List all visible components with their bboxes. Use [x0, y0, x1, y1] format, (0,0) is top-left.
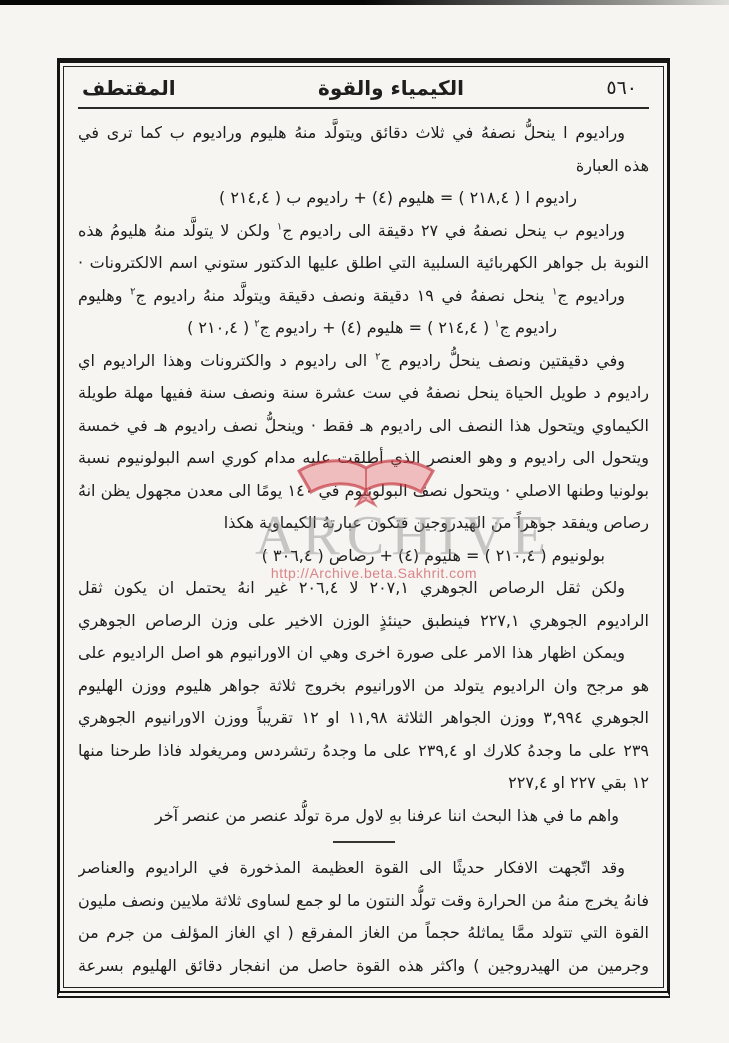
article-body: وراديوم ا ينحلُّ نصفهُ في ثلاث دقائق ويت…	[78, 109, 649, 982]
text-line: ١٢ بقي ٢٢٧ او ٢٢٧,٤	[78, 767, 649, 800]
text-line: بولونيا وطنها الاصلي · ويتحول نصف البولو…	[78, 475, 649, 508]
text-line: ولكن ثقل الرصاص الجوهري ٢٠٧,١ لا ٢٠٦,٤ غ…	[78, 572, 649, 605]
text-line: فانهُ يخرج منهُ من الحرارة وقت تولُّد ال…	[78, 885, 649, 918]
text-line: وراديوم ا ينحلُّ نصفهُ في ثلاث دقائق ويت…	[78, 117, 649, 150]
page-border-frame: ٥٦٠ الكيمياء والقوة المقتطف وراديوم ا ين…	[57, 58, 670, 998]
scan-edge-artifact	[0, 0, 729, 5]
scanned-page: ٥٦٠ الكيمياء والقوة المقتطف وراديوم ا ين…	[0, 0, 729, 1043]
text-line: النوبة بل جواهر الكهربائية السلبية التي …	[78, 247, 649, 280]
formula-line: بولونيوم ( ٢١٠,٤ ) = هليوم (٤) + رصاص ( …	[78, 540, 649, 573]
text-line: رصاص ويفقد جوهراً من الهيدروجين فتكون عب…	[78, 507, 649, 540]
text-line: وفي دقيقتين ونصف ينحلُّ راديوم ج٢ الى را…	[78, 345, 649, 378]
text-line: راديوم د طويل الحياة ينحل نصفهُ في ست عش…	[78, 377, 649, 410]
section-divider	[78, 832, 649, 852]
journal-name: المقتطف	[82, 76, 176, 100]
article-title: الكيمياء والقوة	[176, 76, 607, 100]
formula-line: راديوم ا ( ٢١٨,٤ ) = هليوم (٤) + راديوم …	[78, 182, 649, 215]
text-line: وراديوم ب ينحل نصفهُ في ٢٧ دقيقة الى راد…	[78, 215, 649, 248]
text-line: ٢٣٩ على ما وجدهُ كلارك او ٢٣٩,٤ على ما و…	[78, 735, 649, 768]
text-line: ويمكن اظهار هذا الامر على صورة اخرى وهي …	[78, 637, 649, 670]
text-line: الكيماوي ويتحول هذا النصف الى راديوم هـ …	[78, 410, 649, 443]
text-line: هو مرجح وان الراديوم يتولد من الاورانيوم…	[78, 670, 649, 703]
text-line: وقد اتّجهت الافكار حديثًا الى القوة العظ…	[78, 852, 649, 885]
page-number: ٥٦٠	[606, 77, 637, 99]
text-line: وراديوم ج١ ينحل نصفهُ في ١٩ دقيقة ونصف د…	[78, 280, 649, 313]
page-header: ٥٦٠ الكيمياء والقوة المقتطف	[78, 67, 649, 109]
text-line: الراديوم الجوهري ٢٢٧,١ فينطبق حينئذٍ الو…	[78, 605, 649, 638]
formula-line: راديوم ج١ ( ٢١٤,٤ ) = هليوم (٤) + راديوم…	[78, 312, 649, 345]
text-line: وجرمين من الهيدروجين ) واكثر هذه القوة ح…	[78, 950, 649, 983]
text-line: ويتحول الى راديوم و وهو العنصر الذي أطلق…	[78, 442, 649, 475]
text-line: واهم ما في هذا البحث اننا عرفنا بهِ لاول…	[78, 800, 649, 833]
text-line: القوة التي تتولد ممَّا يماثلهُ حجماً من …	[78, 917, 649, 950]
page-inner-frame: ٥٦٠ الكيمياء والقوة المقتطف وراديوم ا ين…	[63, 66, 664, 988]
text-line: هذه العبارة	[78, 150, 649, 183]
text-line: الجوهري ٣,٩٩٤ ووزن الجواهر الثلاثة ١١,٩٨…	[78, 702, 649, 735]
